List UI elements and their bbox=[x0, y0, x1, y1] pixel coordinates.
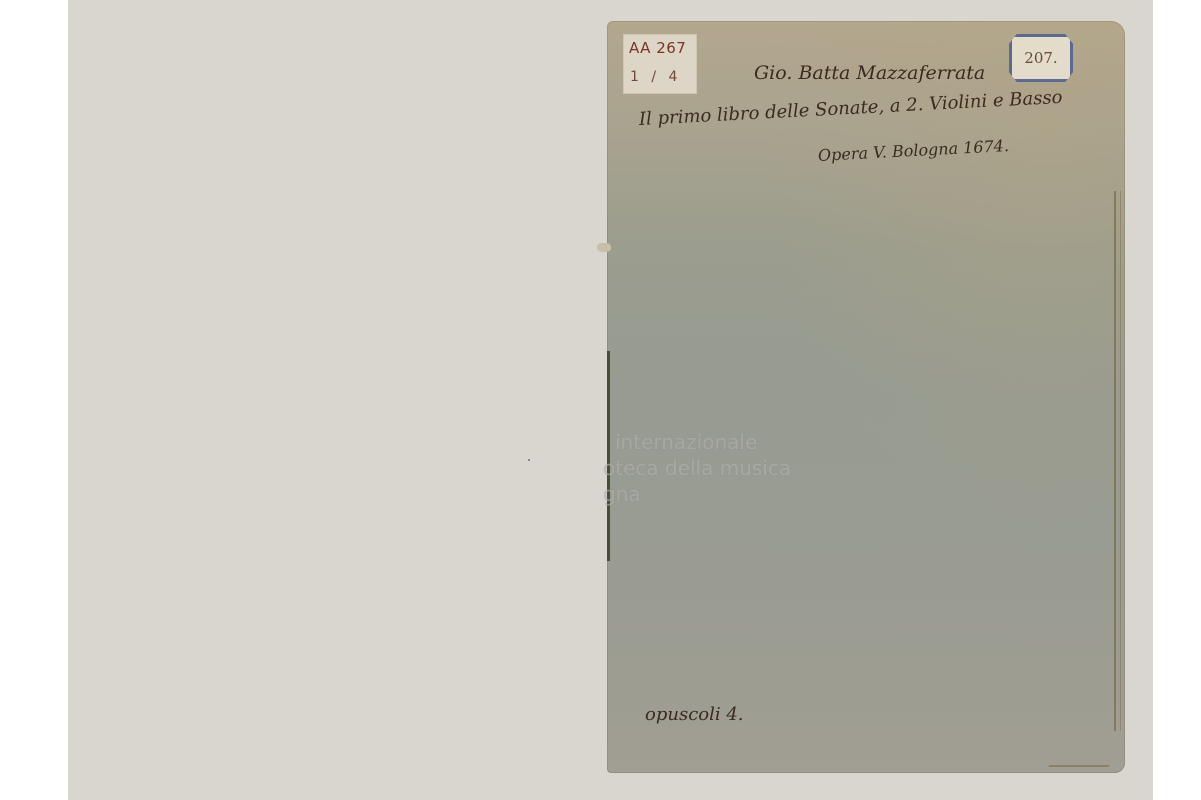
catalog-number: 207. bbox=[1024, 49, 1057, 67]
watermark-line-1: internazionale bbox=[603, 429, 791, 455]
composer-name: Gio. Batta Mazzaferrata bbox=[754, 62, 985, 84]
bottom-annotation: opuscoli 4. bbox=[645, 704, 744, 725]
shelf-mark-volume: 1 / 4 bbox=[630, 69, 677, 85]
watermark-line-3: gna bbox=[603, 481, 791, 507]
opus-and-date: Opera V. Bologna 1674. bbox=[818, 136, 1010, 165]
shelf-mark-code: AA 267 bbox=[629, 39, 686, 57]
watermark-line-2: oteca della musica bbox=[603, 455, 791, 481]
shelf-mark-label: AA 267 1 / 4 bbox=[623, 34, 697, 94]
page-corner-wear bbox=[1048, 737, 1125, 767]
work-title: Il primo libro delle Sonate, a 2. Violin… bbox=[638, 87, 1063, 130]
document-page[interactable]: AA 267 1 / 4 207. Gio. Batta Mazzaferrat… bbox=[607, 21, 1125, 773]
catalog-number-label: 207. bbox=[1009, 34, 1073, 82]
library-watermark: internazionale oteca della musica gna bbox=[603, 429, 791, 507]
dust-speck bbox=[528, 459, 530, 461]
